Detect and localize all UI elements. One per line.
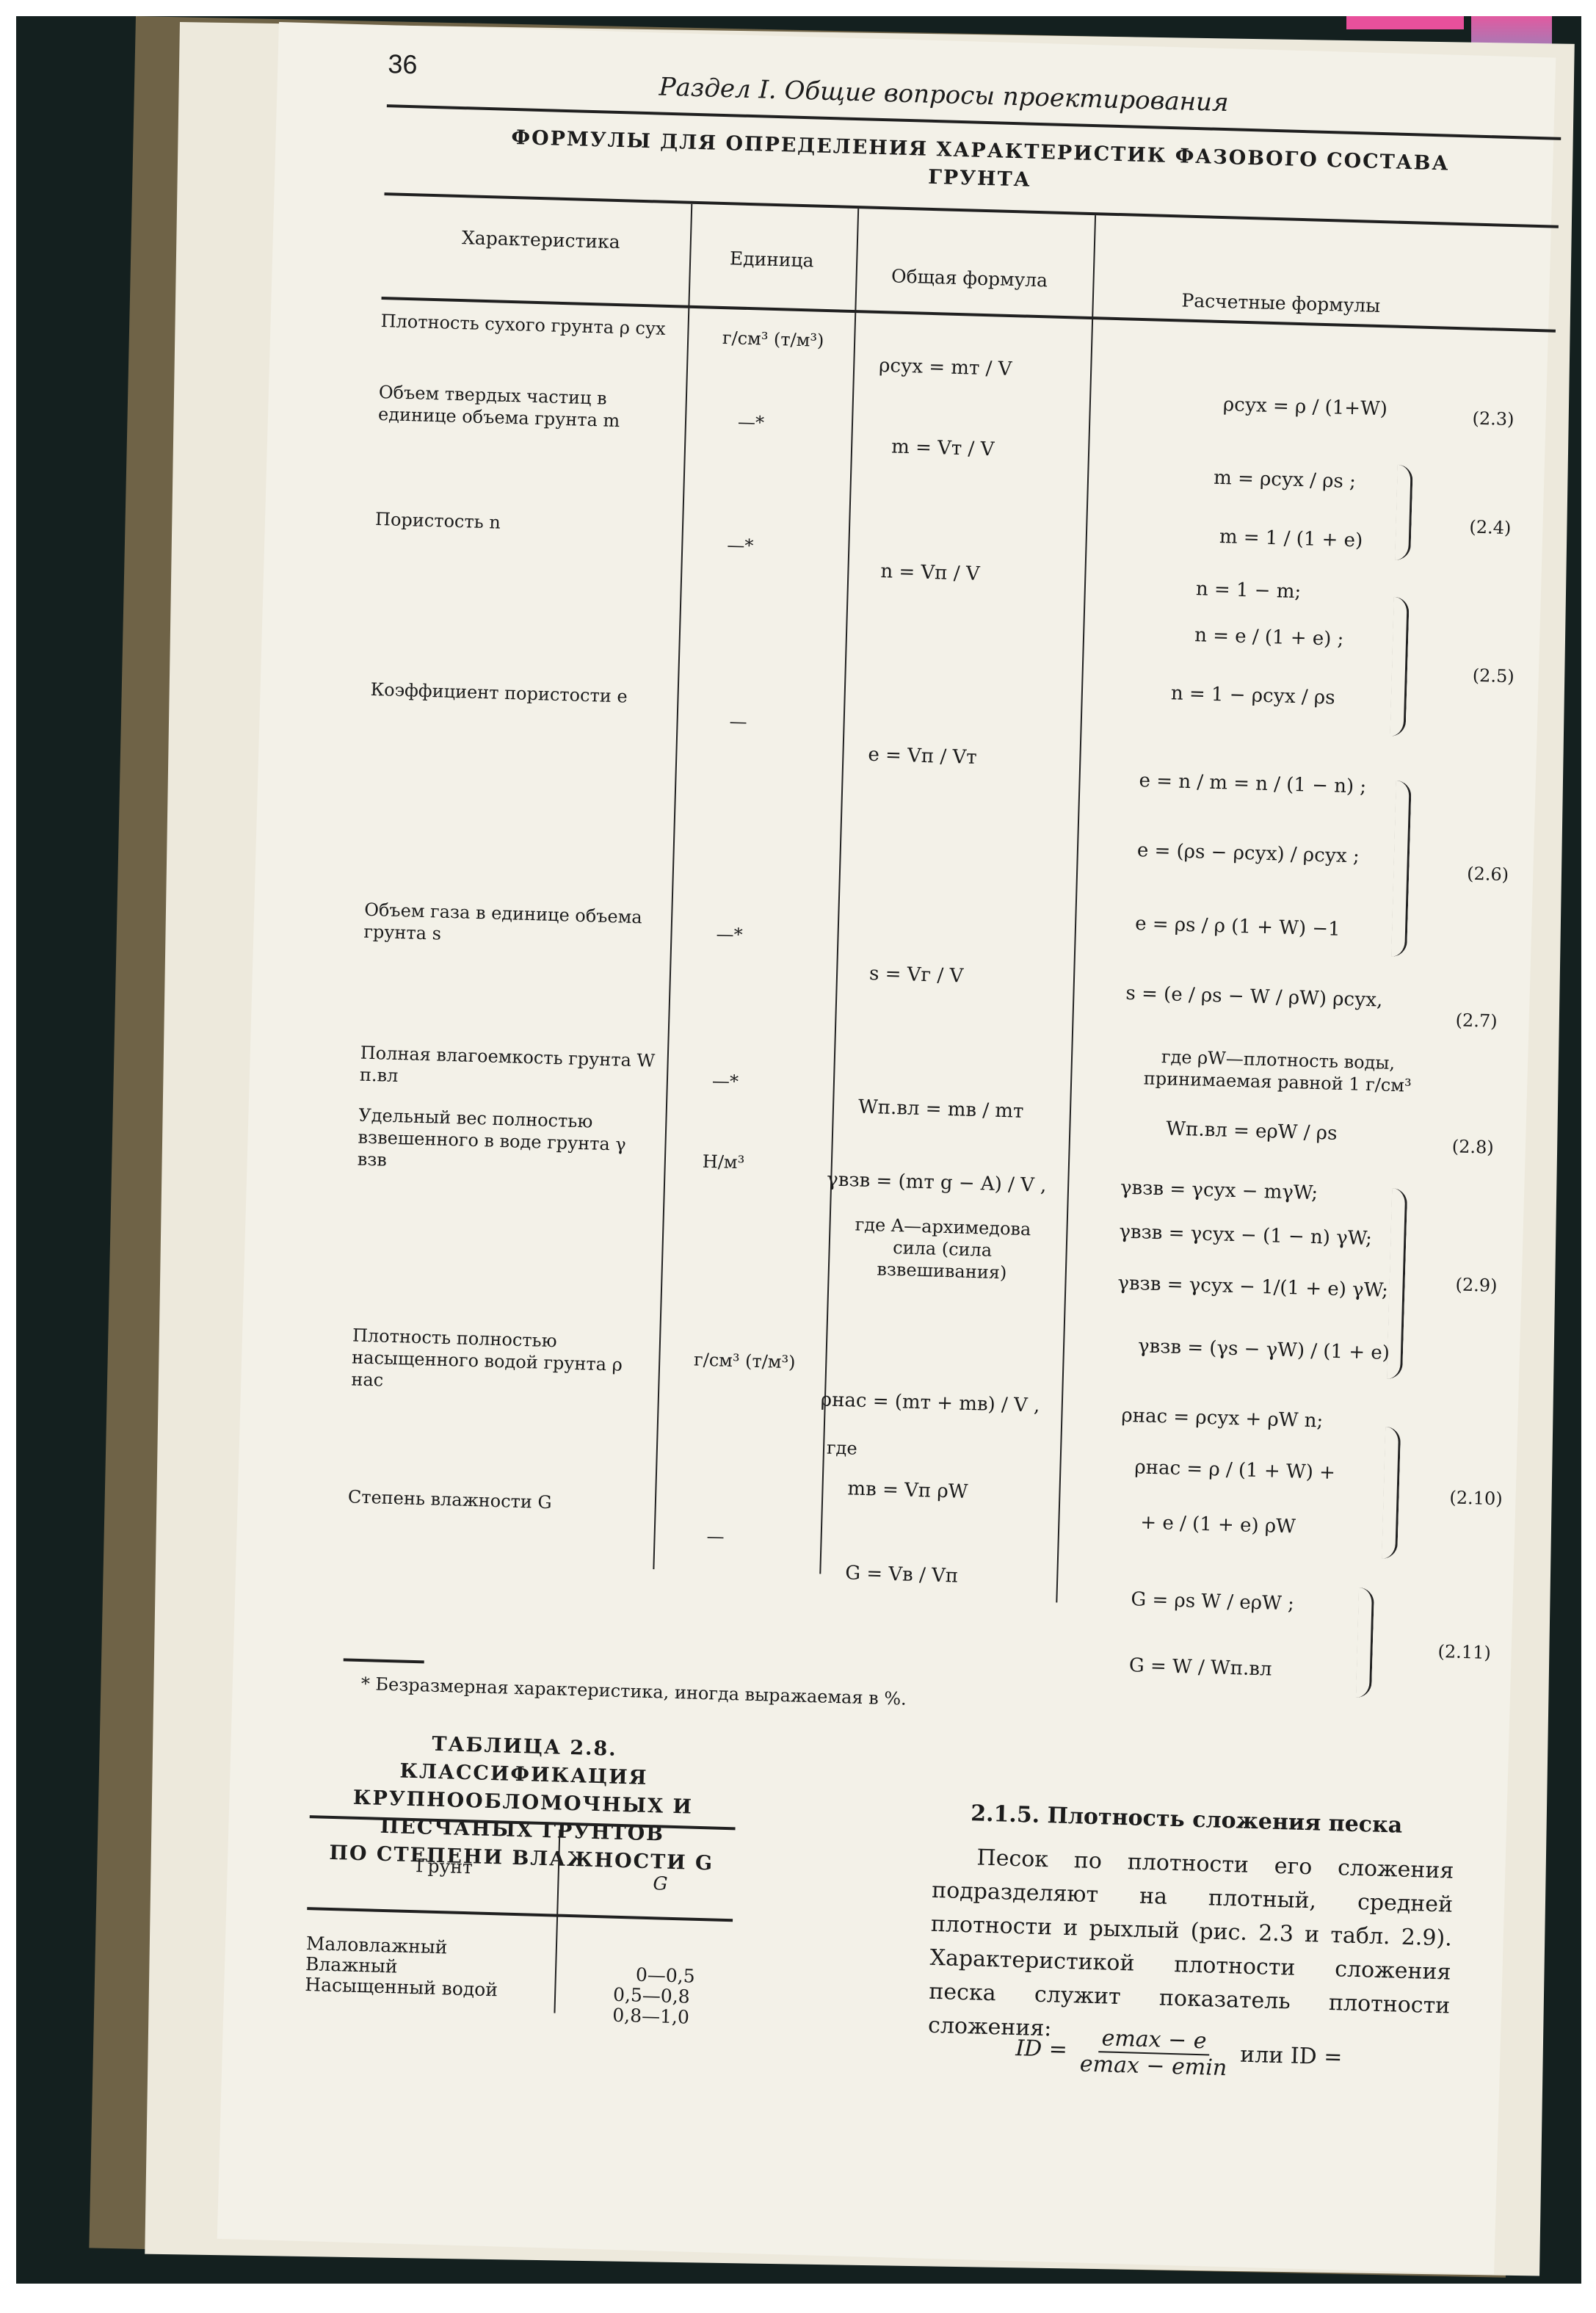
row2-calc-formula-2: m = 1 / (1 + e) [1219, 526, 1363, 551]
row7-unit: Н/м³ [702, 1151, 744, 1174]
table-2-7-title-text: ФОРМУЛЫ ДЛЯ ОПРЕДЕЛЕНИЯ ХАРАКТЕРИСТИК ФА… [511, 126, 1450, 192]
row9-calc-formula-1: G = ρs W / eρW ; [1131, 1588, 1294, 1615]
table-2-8-row3-g: 0,8—1,0 [612, 2005, 689, 2029]
table-2-8-row3-soil: Насыщенный водой [305, 1974, 498, 2001]
row1-characteristic: Плотность сухого грунта ρ сух [380, 310, 675, 340]
row8-unit: г/см³ (т/м³) [682, 1348, 808, 1374]
table-2-8-col-g: G [623, 1872, 697, 1896]
brace-2-9 [1387, 1188, 1407, 1379]
row3-calc-formula-3: n = 1 − ρсух / ρs [1171, 682, 1335, 709]
id-formula: ID = emax − e emax − emin или ID = [1015, 2026, 1343, 2082]
row9-unit: — [706, 1525, 725, 1548]
eq-number-2-7: (2.7) [1455, 1010, 1498, 1032]
row2-calc-formula-1: m = ρсух / ρs ; [1214, 467, 1356, 493]
row9-general-formula: G = Vв / Vп [845, 1562, 959, 1587]
col-header-general: Общая формула [859, 264, 1080, 292]
row5-general-formula: s = Vг / V [869, 963, 964, 988]
eq-number-2-6: (2.6) [1467, 864, 1509, 886]
brace-2-4 [1395, 465, 1413, 561]
cover-strip-pink [1346, 16, 1464, 29]
id-formula-denominator: emax − emin [1077, 2052, 1230, 2079]
row7-calc-formula-3: γвзв = γсух − 1/(1 + e) γW; [1117, 1273, 1388, 1302]
brace-2-10 [1382, 1427, 1401, 1560]
row5-calc-formula: s = (e / ρs − W / ρW) ρсух, [1125, 982, 1383, 1012]
row7-calc-formula-4: γвзв = (γs − γW) / (1 + e) [1138, 1335, 1390, 1364]
row6-general-formula: Wп.вл = mв / mт [858, 1096, 1024, 1123]
row2-characteristic: Объем твердых частиц в единице объема гр… [378, 381, 673, 433]
eq-number-2-4: (2.4) [1469, 517, 1512, 539]
row7-characteristic: Удельный вес полностью взвешенного в вод… [357, 1104, 652, 1179]
row8-calc-formula-1: ρнас = ρсух + ρW n; [1121, 1405, 1324, 1433]
page-number: 36 [388, 48, 418, 80]
row4-characteristic: Коэффициент пористости e [370, 678, 664, 709]
row2-unit: —* [738, 411, 765, 434]
row6-characteristic: Полная влагоемкость грунта W п.вл [360, 1042, 670, 1095]
col-divider-2 [819, 209, 859, 1574]
row9-characteristic: Степень влажности G [348, 1485, 642, 1516]
brace-2-5 [1390, 597, 1409, 737]
id-formula-equals: = [1048, 2036, 1067, 2063]
eq-number-2-8: (2.8) [1451, 1136, 1494, 1158]
row2-general-formula: m = Vт / V [891, 436, 995, 461]
table-2-7-footnote: * Безразмерная характеристика, иногда вы… [360, 1673, 907, 1709]
col-header-characteristic: Характеристика [413, 225, 670, 254]
row5-calc-note: где ρW—плотность воды, принимаемая равно… [1109, 1044, 1447, 1098]
row8-characteristic: Плотность полностью насыщенного водой гр… [351, 1324, 646, 1398]
row8-general-note: где [827, 1437, 857, 1460]
brace-2-11 [1356, 1588, 1374, 1698]
row4-calc-formula-3: e = ρs / ρ (1 + W) −1 [1135, 913, 1341, 941]
row4-general-formula: e = Vп / Vт [868, 744, 977, 769]
row3-calc-formula-2: n = e / (1 + e) ; [1194, 624, 1344, 651]
row3-unit: —* [727, 534, 754, 557]
footnote-rule [344, 1658, 424, 1663]
row1-general-formula: ρсух = mт / V [879, 355, 1012, 380]
id-formula-numerator: emax − e [1098, 2028, 1210, 2055]
eq-number-2-5: (2.5) [1472, 665, 1515, 687]
row9-calc-formula-2: G = W / Wп.вл [1129, 1654, 1272, 1680]
col-divider-3 [1056, 215, 1096, 1602]
eq-number-2-11: (2.11) [1437, 1641, 1491, 1663]
row3-general-formula: n = Vп / V [880, 560, 980, 585]
row8-calc-formula-2: ρнас = ρ / (1 + W) + [1134, 1456, 1335, 1484]
row4-unit: — [729, 711, 747, 734]
row8-general-extra: mв = Vп ρW [847, 1477, 968, 1503]
row4-calc-formula-2: e = (ρs − ρсух) / ρсух ; [1137, 839, 1360, 867]
row8-calc-formula-3: + e / (1 + e) ρW [1140, 1512, 1296, 1538]
row1-unit: г/см³ (т/м³) [711, 327, 836, 352]
row7-calc-formula-1: γвзв = γсух − mγW; [1120, 1177, 1318, 1205]
id-formula-fraction: emax − e emax − emin [1077, 2027, 1231, 2079]
row7-general-formula: γвзв = (mт g − A) / V , [827, 1168, 1047, 1196]
id-formula-lhs: ID [1015, 2035, 1042, 2062]
row5-characteristic: Объем газа в единице объема грунта s [363, 899, 659, 951]
row5-unit: —* [716, 923, 743, 946]
section-heading: 2.1.5. Плотность сложения песка [971, 1800, 1403, 1838]
col-header-calc: Расчетные формулы [1116, 288, 1447, 319]
row8-general-formula: ρнас = (mт + mв) / V , [820, 1389, 1040, 1416]
row7-calc-formula-2: γвзв = γсух − (1 − n) γW; [1119, 1221, 1372, 1250]
section-paragraph: Песок по плотности его сложения подразде… [928, 1840, 1454, 2057]
running-head: Раздел I. Общие вопросы проектирования [659, 72, 1229, 117]
eq-number-2-9: (2.9) [1455, 1274, 1498, 1296]
row6-unit: —* [712, 1070, 739, 1093]
row3-characteristic: Пористость n [375, 508, 670, 538]
row1-calc-formula: ρсух = ρ / (1+W) [1223, 394, 1388, 420]
eq-number-2-10: (2.10) [1449, 1487, 1503, 1509]
table-2-7-title: ФОРМУЛЫ ДЛЯ ОПРЕДЕЛЕНИЯ ХАРАКТЕРИСТИК ФА… [465, 123, 1495, 207]
row4-calc-formula-1: e = n / m = n / (1 − n) ; [1139, 770, 1366, 798]
col-header-unit: Единица [698, 247, 846, 272]
row6-calc-formula: Wп.вл = eρW / ρs [1166, 1118, 1338, 1144]
eq-number-2-3: (2.3) [1472, 408, 1515, 430]
id-formula-tail: или ID = [1240, 2042, 1343, 2071]
table-2-8-col-soil: Грунт [352, 1853, 537, 1881]
row3-calc-formula-1: n = 1 − m; [1196, 578, 1302, 603]
row7-general-note: где A—архимедова сила (сила взвешивания) [846, 1213, 1038, 1284]
book-page: 36 Раздел I. Общие вопросы проектировани… [217, 22, 1556, 2274]
brace-2-6 [1391, 781, 1412, 957]
table-2-8-header-rule [307, 1907, 733, 1922]
